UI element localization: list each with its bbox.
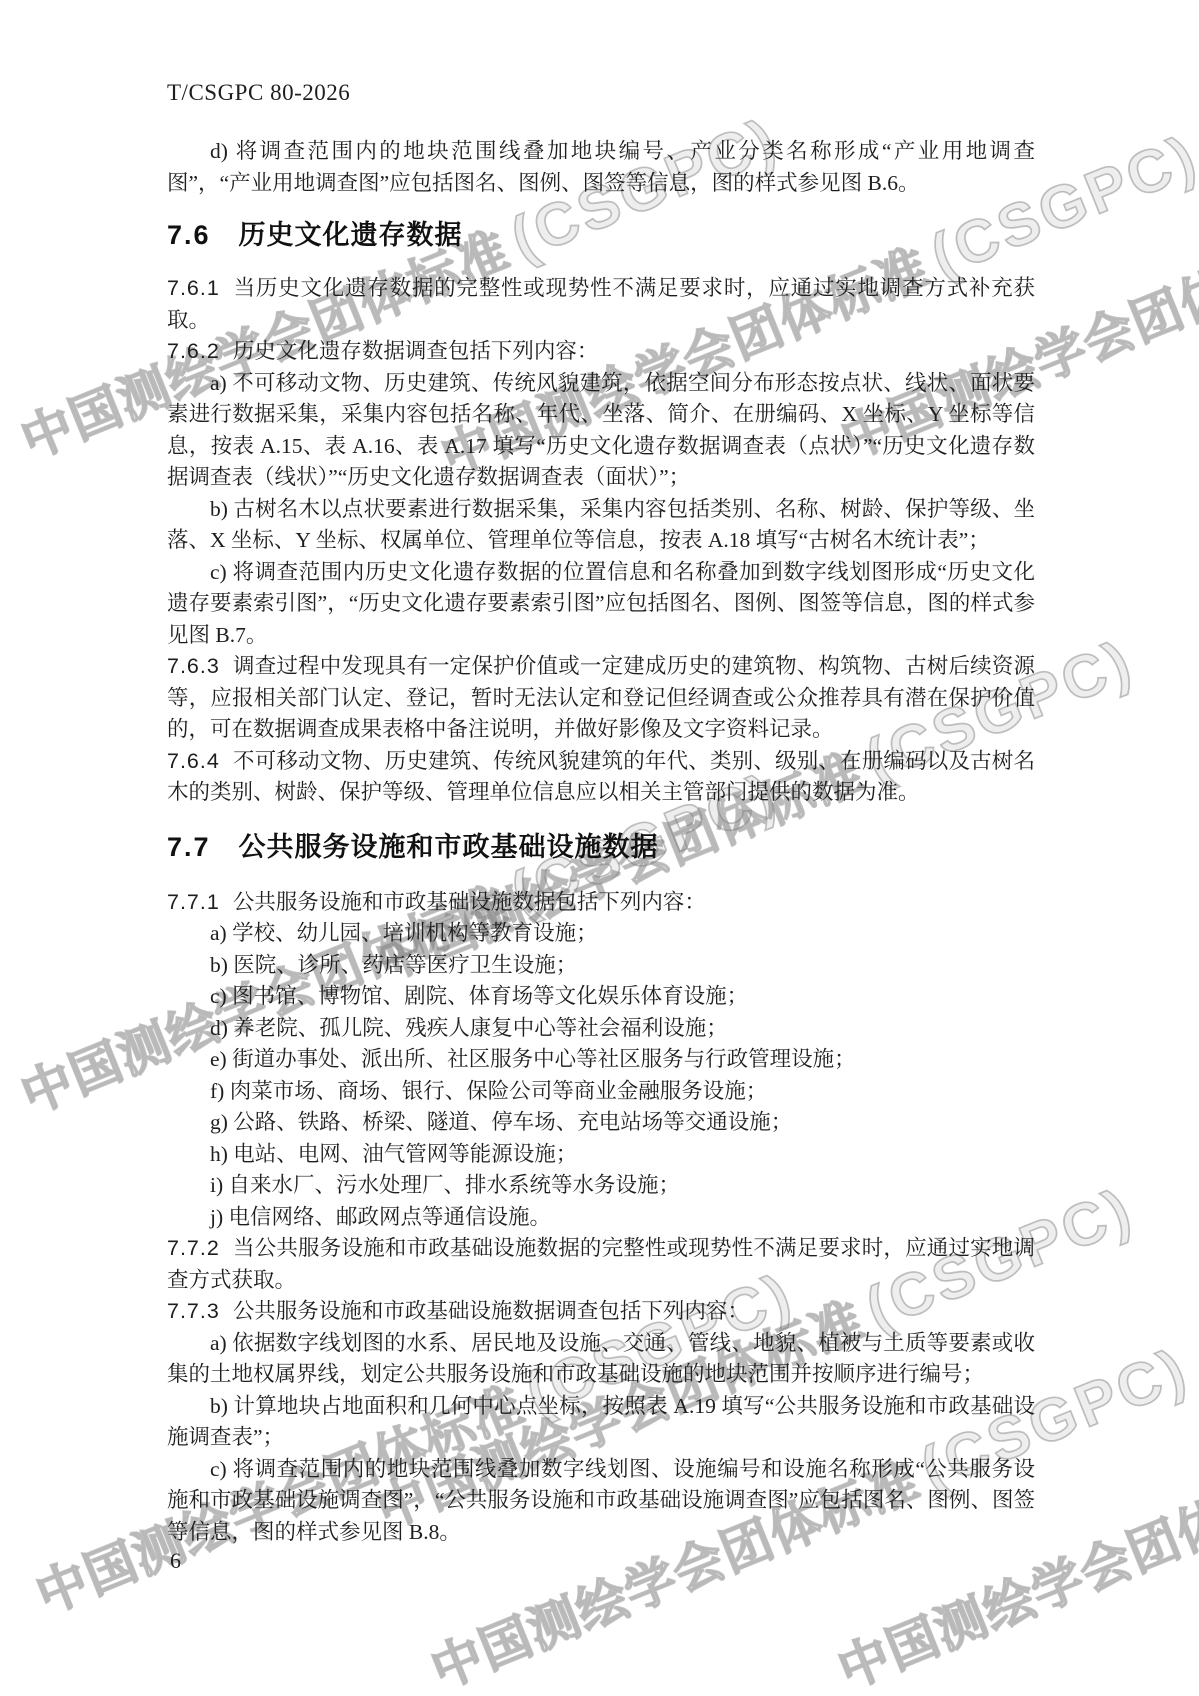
item-7-7-1-f: f) 肉菜市场、商场、银行、保险公司等商业金融服务设施； [167, 1076, 1035, 1108]
clause-7-6-3-text: 调查过程中发现具有一定保护价值或一定建成历史的建筑物、构筑物、古树后续资源等，应… [167, 654, 1035, 741]
clause-7-7-3: 7.7.3公共服务设施和市政基础设施数据调查包括下列内容： [167, 1296, 1035, 1328]
clause-7-6-4: 7.6.4不可移动文物、历史建筑、传统风貌建筑的年代、类别、级别、在册编码以及古… [167, 746, 1035, 809]
item-7-7-1-b: b) 医院、诊所、药店等医疗卫生设施； [167, 950, 1035, 982]
item-7-7-1-i: i) 自来水厂、污水处理厂、排水系统等水务设施； [167, 1170, 1035, 1202]
clause-7-6-1-number: 7.6.1 [167, 276, 220, 300]
clause-7-7-2-text: 当公共服务设施和市政基础设施数据的完整性或现势性不满足要求时，应通过实地调查方式… [167, 1236, 1035, 1292]
item-7-7-1-g: g) 公路、铁路、桥梁、隧道、停车场、充电站场等交通设施； [167, 1107, 1035, 1139]
clause-7-6-1-text: 当历史文化遗存数据的完整性或现势性不满足要求时，应通过实地调查方式补充获取。 [167, 276, 1035, 332]
clause-7-6-2-text: 历史文化遗存数据调查包括下列内容： [233, 339, 599, 363]
item-7-6-2-b: b) 古树名木以点状要素进行数据采集，采集内容包括类别、名称、树龄、保护等级、坐… [167, 494, 1035, 557]
clause-7-7-3-text: 公共服务设施和市政基础设施数据调查包括下列内容： [233, 1299, 749, 1323]
item-7-7-1-e: e) 街道办事处、派出所、社区服务中心等社区服务与行政管理设施； [167, 1044, 1035, 1076]
item-7-7-1-c: c) 图书馆、博物馆、剧院、体育场等文化娱乐体育设施； [167, 981, 1035, 1013]
clause-7-7-3-number: 7.7.3 [167, 1299, 220, 1323]
item-7-7-1-j: j) 电信网络、邮政网点等通信设施。 [167, 1202, 1035, 1234]
para-intro-d: d) 将调查范围内的地块范围线叠加地块编号、产业分类名称形成“产业用地调查图”，… [167, 136, 1035, 199]
section-7-6-number: 7.6 [167, 220, 211, 250]
standard-number: T/CSGPC 80-2026 [167, 80, 1035, 106]
page-content: T/CSGPC 80-2026 d) 将调查范围内的地块范围线叠加地块编号、产业… [167, 0, 1035, 1548]
clause-7-6-3-number: 7.6.3 [167, 654, 220, 678]
document-page: 中国测绘学会团体标准(CSGPC) 中国测绘学会团体标准(CSGPC) 中国测绘… [0, 0, 1199, 1696]
item-7-7-3-a: a) 依据数字线划图的水系、居民地及设施、交通、管线、地貌、植被与土质等要素或收… [167, 1328, 1035, 1391]
section-7-6-title: 历史文化遗存数据 [239, 220, 463, 250]
clause-7-7-2: 7.7.2当公共服务设施和市政基础设施数据的完整性或现势性不满足要求时，应通过实… [167, 1233, 1035, 1296]
page-number: 6 [170, 1548, 181, 1574]
clause-7-6-4-text: 不可移动文物、历史建筑、传统风貌建筑的年代、类别、级别、在册编码以及古树名木的类… [167, 749, 1035, 805]
item-7-6-2-c: c) 将调查范围内历史文化遗存数据的位置信息和名称叠加到数字线划图形成“历史文化… [167, 557, 1035, 652]
clause-7-6-2: 7.6.2历史文化遗存数据调查包括下列内容： [167, 336, 1035, 368]
clause-7-7-2-number: 7.7.2 [167, 1236, 220, 1260]
section-7-7-title: 公共服务设施和市政基础设施数据 [239, 832, 659, 862]
clause-7-7-1: 7.7.1公共服务设施和市政基础设施数据包括下列内容： [167, 887, 1035, 919]
clause-7-6-2-number: 7.6.2 [167, 339, 220, 363]
clause-7-7-1-number: 7.7.1 [167, 890, 220, 914]
clause-7-6-3: 7.6.3调查过程中发现具有一定保护价值或一定建成历史的建筑物、构筑物、古树后续… [167, 651, 1035, 746]
item-7-7-3-c: c) 将调查范围内的地块范围线叠加数字线划图、设施编号和设施名称形成“公共服务设… [167, 1454, 1035, 1549]
item-7-7-1-a: a) 学校、幼儿园、培训机构等教育设施； [167, 918, 1035, 950]
section-7-7-number: 7.7 [167, 832, 211, 862]
section-7-6-heading: 7.6历史文化遗存数据 [167, 219, 1035, 251]
item-7-7-1-d: d) 养老院、孤儿院、残疾人康复中心等社会福利设施； [167, 1013, 1035, 1045]
item-7-7-3-b: b) 计算地块占地面积和几何中心点坐标，按照表 A.19 填写“公共服务设施和市… [167, 1391, 1035, 1454]
item-7-6-2-a: a) 不可移动文物、历史建筑、传统风貌建筑，依据空间分布形态按点状、线状、面状要… [167, 368, 1035, 494]
clause-7-6-1: 7.6.1当历史文化遗存数据的完整性或现势性不满足要求时，应通过实地调查方式补充… [167, 273, 1035, 336]
clause-7-6-4-number: 7.6.4 [167, 749, 220, 773]
clause-7-7-1-text: 公共服务设施和市政基础设施数据包括下列内容： [233, 890, 706, 914]
item-7-7-1-h: h) 电站、电网、油气管网等能源设施； [167, 1139, 1035, 1171]
section-7-7-heading: 7.7公共服务设施和市政基础设施数据 [167, 831, 1035, 863]
